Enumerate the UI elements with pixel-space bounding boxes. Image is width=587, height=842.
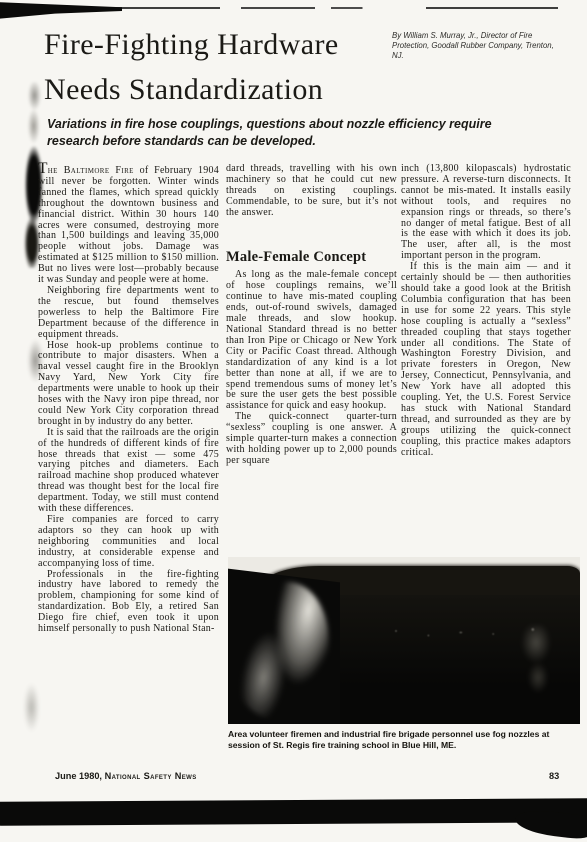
body-paragraph: Professionals in the fire-fighting indus… [38,570,219,635]
scan-artifact-bottom-bar [0,798,587,826]
lead-smallcaps: he Baltimore Fire [48,165,134,176]
article-title-line2: Needs Standardization [44,73,323,106]
body-paragraph: The quick-connect quarter-turn “sexless”… [226,412,397,467]
byline: By William S. Murray, Jr., Director of F… [392,31,558,61]
scan-artifact-left-smudge [27,82,42,150]
body-paragraph: Hose hook-up problems continue to contri… [38,341,219,428]
scan-artifact-left-smudge [23,676,40,746]
lead-paragraph: The Baltimore Fire of February 1904 will… [38,164,219,286]
magazine-page: Fire-Fighting HardwareNeeds Standardizat… [0,0,587,842]
column-3: inch (13,800 kilopascals) hydrostatic pr… [401,164,571,458]
page-number: 83 [549,771,559,781]
body-paragraph: If this is the main aim — and it certain… [401,262,571,458]
footer-publication-name: National Safety News [105,771,197,781]
lead-text: of February 1904 will never be forgotten… [38,165,219,285]
article-title: Fire-Fighting HardwareNeeds Standardizat… [44,22,339,112]
body-paragraph: inch (13,800 kilopascals) hydrostatic pr… [401,164,571,262]
photo-caption: Area volunteer firemen and industrial fi… [228,729,580,751]
article-title-line1: Fire-Fighting Hardware [44,28,339,61]
photo-right-highlight [516,625,556,695]
body-paragraph: As long as the male-female concept of ho… [226,270,397,412]
photo-fog-nozzle-training [228,557,580,724]
article-subtitle: Variations in fire hose couplings, quest… [47,116,521,150]
body-paragraph: Fire companies are forced to carry adapt… [38,515,219,570]
lead-initial: T [38,160,48,177]
footer-issue-line: June 1980, National Safety News [55,771,197,781]
body-paragraph: Neighboring fire departments went to the… [38,286,219,341]
column-1: The Baltimore Fire of February 1904 will… [38,164,219,635]
footer-issue-date: June 1980, [55,771,102,781]
section-heading: Male-Female Concept [226,252,397,263]
body-paragraph: It is said that the railroads are the or… [38,428,219,515]
scan-artifact-corner-wedge [0,0,122,19]
column-2: dard threads, travelling with his own ma… [226,164,397,467]
body-paragraph: dard threads, travelling with his own ma… [226,164,397,219]
